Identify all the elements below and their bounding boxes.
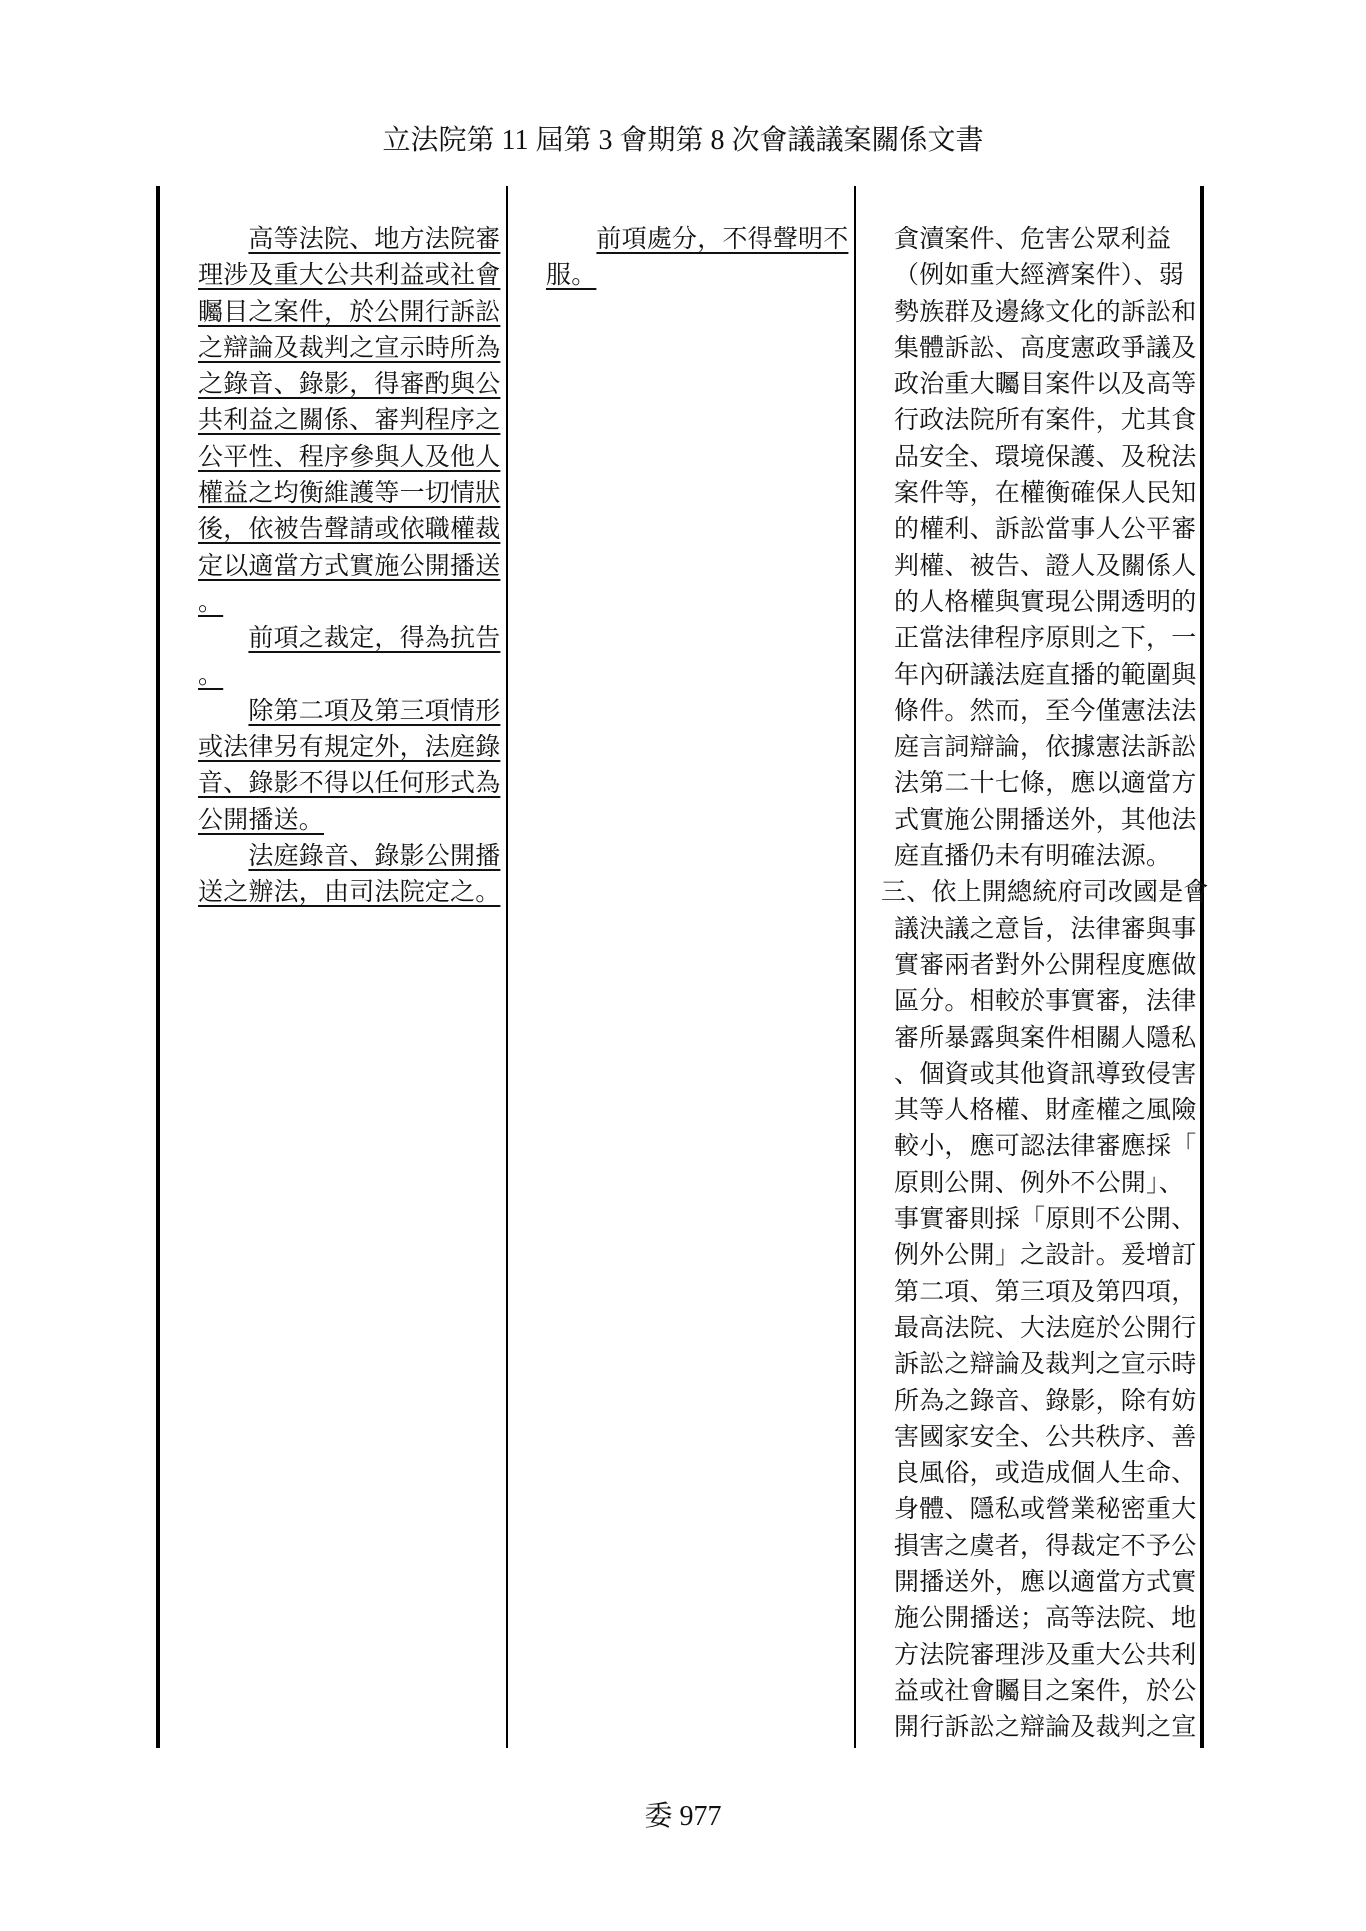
page-title: 立法院第 11 屆第 3 會期第 8 次會議議案關係文書	[0, 124, 1366, 158]
text-line: 庭直播仍未有明確法源。	[894, 839, 1194, 875]
text-line: 訴訟之辯論及裁判之宣示時	[894, 1347, 1194, 1383]
text-line: 判權、被告、證人及關係人	[894, 549, 1194, 585]
text-line: 公開播送。	[198, 803, 500, 839]
text-line: 其等人格權、財產權之風險	[894, 1093, 1194, 1129]
text-line: 正當法律程序原則之下，一	[894, 621, 1194, 657]
text-line: 審所暴露與案件相關人隱私	[894, 1021, 1194, 1057]
page-number: 委 977	[0, 1800, 1366, 1834]
text-line: 例外公開」之設計。爰增訂	[894, 1238, 1194, 1274]
text-line: 。	[198, 658, 500, 694]
document-page: 立法院第 11 屆第 3 會期第 8 次會議議案關係文書 高等法院、地方法院審理…	[0, 0, 1366, 1931]
text-line: 較小，應可認法律審應採「	[894, 1129, 1194, 1165]
text-line: 實審兩者對外公開程度應做	[894, 948, 1194, 984]
text-line: 貪瀆案件、危害公眾利益	[894, 222, 1194, 258]
text-line: 前項之裁定，得為抗告	[198, 621, 500, 657]
text-line: （例如重大經濟案件）、弱	[894, 258, 1194, 294]
text-line: 身體、隱私或營業秘密重大	[894, 1492, 1194, 1528]
text-line: 開行訴訟之辯論及裁判之宣	[894, 1710, 1194, 1746]
text-line: 的權利、訴訟當事人公平審	[894, 512, 1194, 548]
text-line: 條件。然而，至今僅憲法法	[894, 694, 1194, 730]
text-line: 送之辦法，由司法院定之。	[198, 875, 500, 911]
text-line: 議決議之意旨，法律審與事	[894, 912, 1194, 948]
text-line: 第二項、第三項及第四項，	[894, 1275, 1194, 1311]
text-line: 矚目之案件，於公開行訴訟	[198, 295, 500, 331]
text-line: 除第二項及第三項情形	[198, 694, 500, 730]
text-line: 式實施公開播送外，其他法	[894, 803, 1194, 839]
text-line: 案件等，在權衡確保人民知	[894, 476, 1194, 512]
text-line: 所為之錄音、錄影，除有妨	[894, 1384, 1194, 1420]
text-line: 方法院審理涉及重大公共利	[894, 1638, 1194, 1674]
text-line: 高等法院、地方法院審	[198, 222, 500, 258]
text-line: 公平性、程序參與人及他人	[198, 440, 500, 476]
text-line: 定以適當方式實施公開播送	[198, 549, 500, 585]
column-amendment-provision: 高等法院、地方法院審理涉及重大公共利益或社會矚目之案件，於公開行訴訟之辯論及裁判…	[160, 186, 506, 1748]
text-line: 音、錄影不得以任何形式為	[198, 766, 500, 802]
text-line: 的人格權與實現公開透明的	[894, 585, 1194, 621]
text-line: 服。	[546, 258, 848, 294]
text-line: 害國家安全、公共秩序、善	[894, 1420, 1194, 1456]
text-line: 事實審則採「原則不公開、	[894, 1202, 1194, 1238]
text-line: 原則公開、例外不公開」、	[894, 1166, 1194, 1202]
text-line: 年內研議法庭直播的範圍與	[894, 658, 1194, 694]
text-line: 集體訴訟、高度憲政爭議及	[894, 331, 1194, 367]
text-line: 之錄音、錄影，得審酌與公	[198, 367, 500, 403]
text-line: 法第二十七條，應以適當方	[894, 766, 1194, 802]
text-line: 區分。相較於事實審，法律	[894, 984, 1194, 1020]
text-line: 庭言詞辯論，依據憲法訴訟	[894, 730, 1194, 766]
text-line: 、個資或其他資訊導致侵害	[894, 1057, 1194, 1093]
text-line: 理涉及重大公共利益或社會	[198, 258, 500, 294]
column-current-provision: 前項處分，不得聲明不服。	[506, 186, 854, 1748]
text-line: 施公開播送；高等法院、地	[894, 1601, 1194, 1637]
text-line: 共利益之關係、審判程序之	[198, 403, 500, 439]
text-line: 行政法院所有案件，尤其食	[894, 403, 1194, 439]
text-line: 勢族群及邊緣文化的訴訟和	[894, 295, 1194, 331]
text-line: 最高法院、大法庭於公開行	[894, 1311, 1194, 1347]
column-explanation: 貪瀆案件、危害公眾利益（例如重大經濟案件）、弱勢族群及邊緣文化的訴訟和集體訴訟、…	[854, 186, 1200, 1748]
text-line: 或法律另有規定外，法庭錄	[198, 730, 500, 766]
text-line: 政治重大矚目案件以及高等	[894, 367, 1194, 403]
text-line: 開播送外，應以適當方式實	[894, 1565, 1194, 1601]
text-line: 之辯論及裁判之宣示時所為	[198, 331, 500, 367]
text-line: 三、依上開總統府司改國是會	[881, 875, 1194, 911]
text-line: 後，依被告聲請或依職權裁	[198, 512, 500, 548]
text-line: 品安全、環境保護、及稅法	[894, 440, 1194, 476]
text-line: 法庭錄音、錄影公開播	[198, 839, 500, 875]
text-line: 權益之均衡維護等一切情狀	[198, 476, 500, 512]
text-line: 良風俗，或造成個人生命、	[894, 1456, 1194, 1492]
comparison-table: 高等法院、地方法院審理涉及重大公共利益或社會矚目之案件，於公開行訴訟之辯論及裁判…	[156, 186, 1204, 1748]
text-line: 前項處分，不得聲明不	[546, 222, 848, 258]
text-line: 益或社會矚目之案件，於公	[894, 1674, 1194, 1710]
text-line: 損害之虞者，得裁定不予公	[894, 1529, 1194, 1565]
text-line: 。	[198, 585, 500, 621]
